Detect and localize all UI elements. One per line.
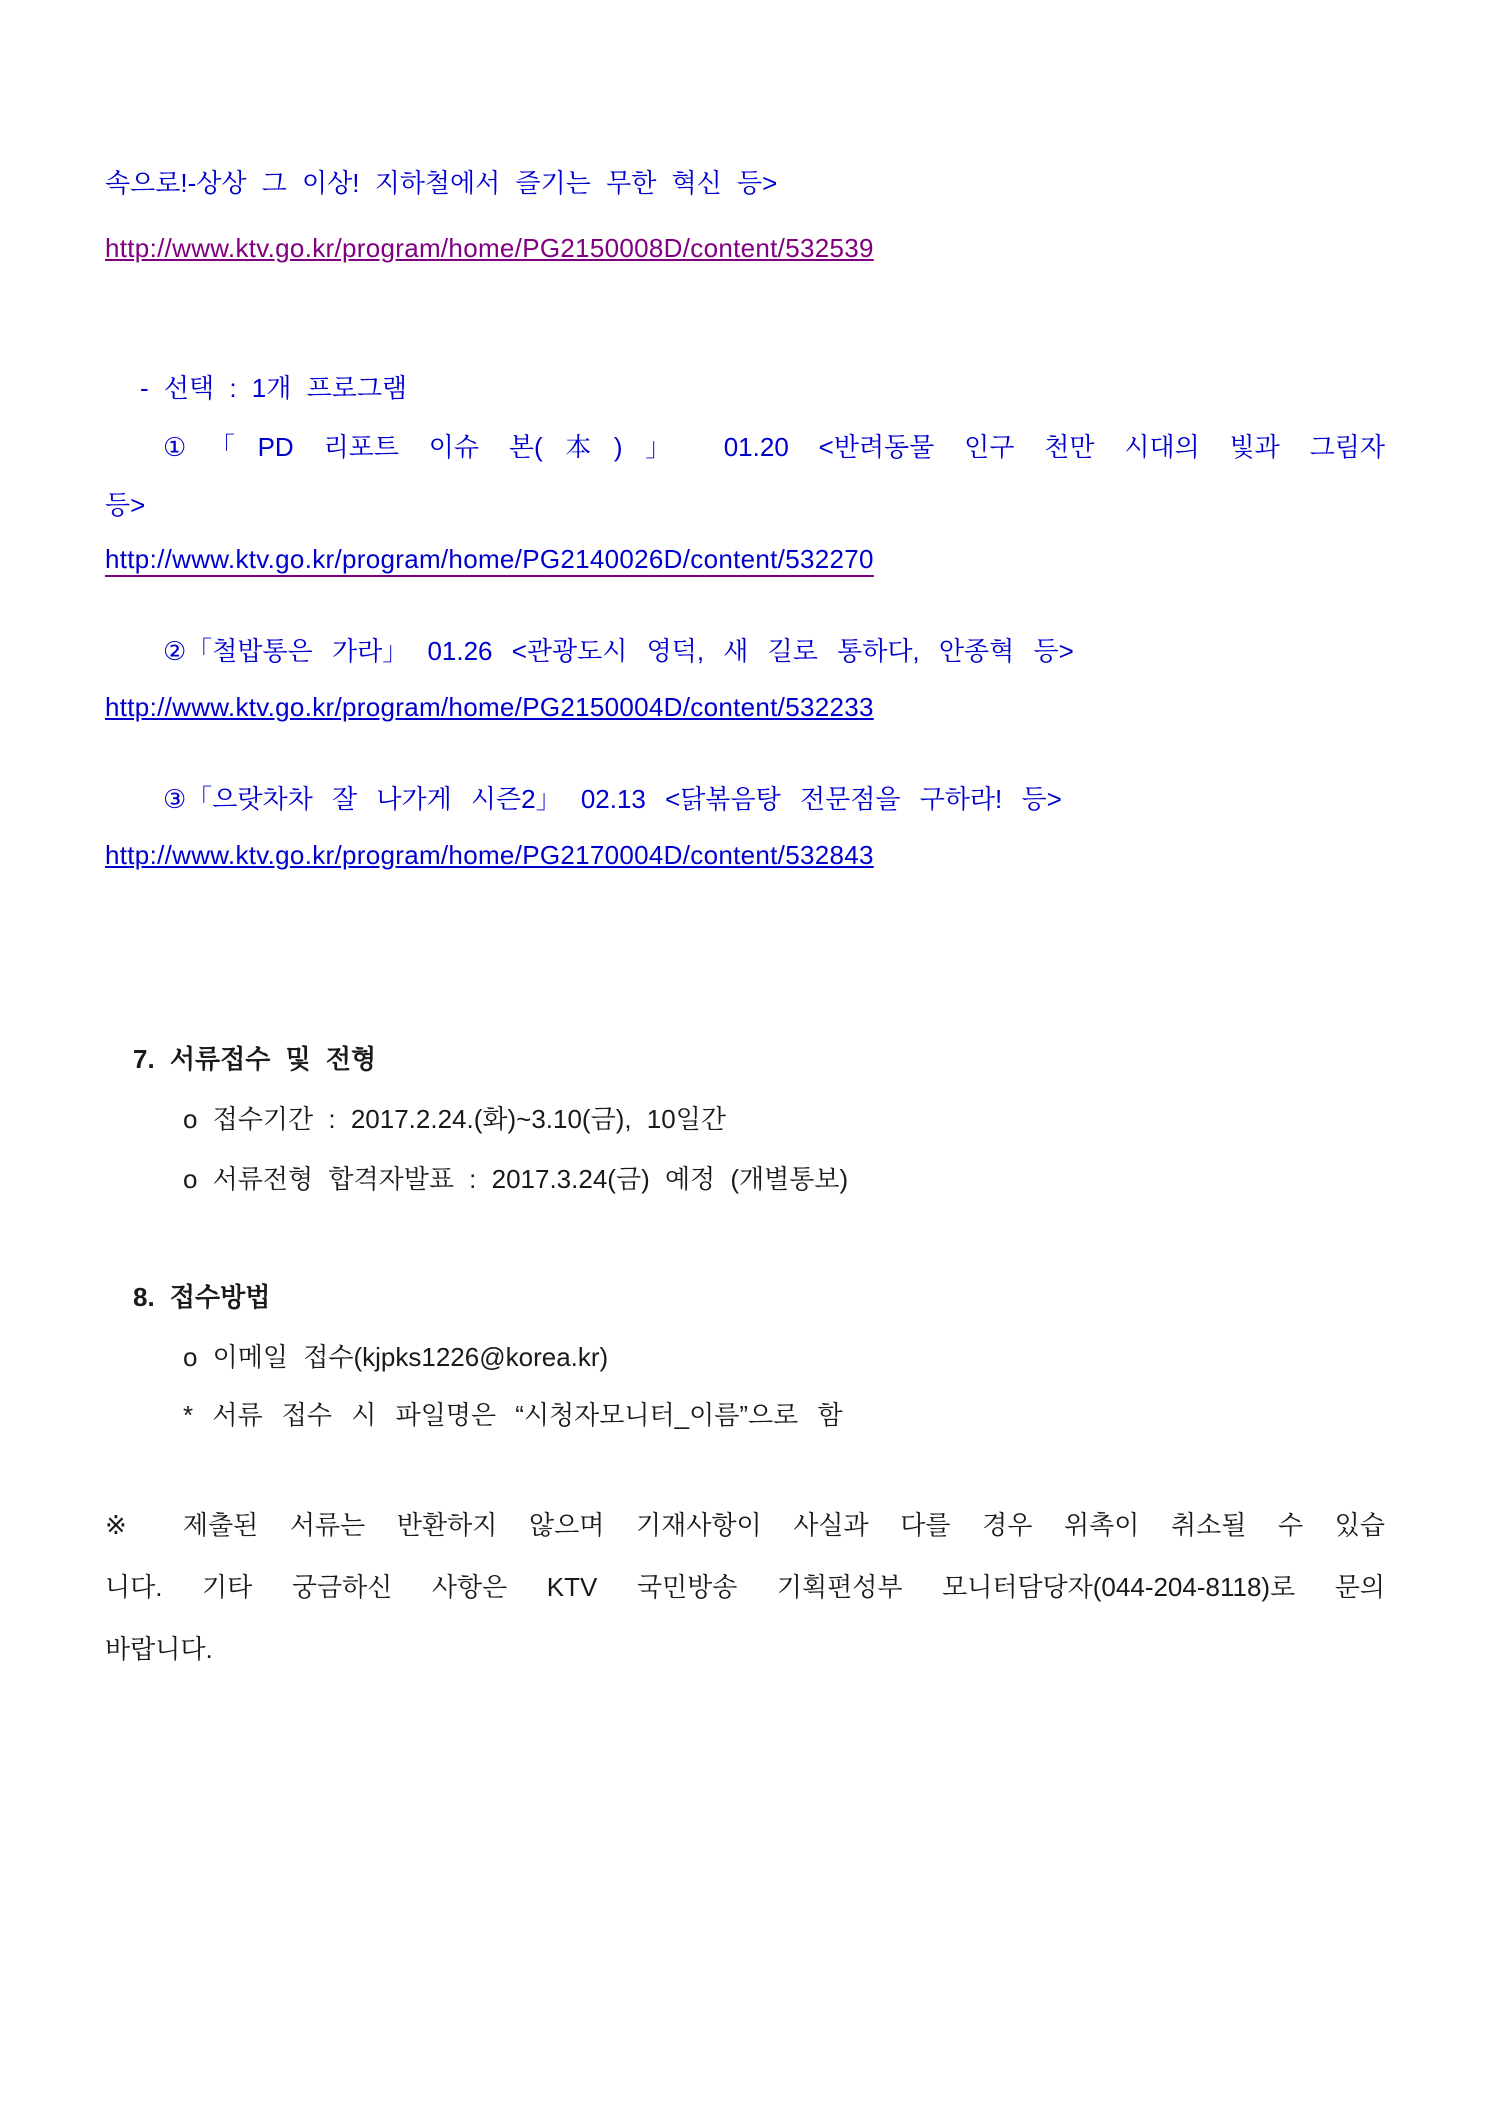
notice-line-2: 니다. 기타 궁금하신 사항은 KTV 국민방송 기획편성부 모니터담당자(04…: [105, 1570, 1385, 1604]
document-page: 속으로!-상상 그 이상! 지하철에서 즐기는 무한 혁신 등> http://…: [0, 0, 1488, 2105]
program-3-title: ③「으랏차차 잘 나가게 시즌2」 02.13 <닭볶음탕 전문점을 구하라! …: [163, 782, 1443, 816]
selection-heading: - 선택 : 1개 프로그램: [140, 371, 1420, 405]
section-7-item-result-announcement: o 서류전형 합격자발표 : 2017.3.24(금) 예정 (개별통보): [183, 1162, 1463, 1196]
program-3-url-link[interactable]: http://www.ktv.go.kr/program/home/PG2170…: [105, 840, 874, 870]
intro-url-link[interactable]: http://www.ktv.go.kr/program/home/PG2150…: [105, 233, 874, 263]
section-8-item-filename-note: * 서류 접수 시 파일명은 “시청자모니터_이름”으로 함: [183, 1398, 1463, 1432]
section-8-item-email: o 이메일 접수(kjpks1226@korea.kr): [183, 1340, 1463, 1374]
notice-line-3: 바랍니다.: [105, 1632, 1385, 1666]
program-1-url-link[interactable]: http://www.ktv.go.kr/program/home/PG2140…: [105, 544, 874, 577]
section-7-item-reception-period: o 접수기간 : 2017.2.24.(화)~3.10(금), 10일간: [183, 1102, 1463, 1136]
program-2-title: ②「철밥통은 가라」 01.26 <관광도시 영덕, 새 길로 통하다, 안종혁…: [163, 634, 1443, 668]
program-1-title-cont: 등>: [105, 488, 1385, 522]
notice-line-1: ※ 제출된 서류는 반환하지 않으며 기재사항이 사실과 다를 경우 위촉이 취…: [105, 1508, 1385, 1542]
section-7-heading: 7. 서류접수 및 전형: [133, 1042, 1413, 1076]
section-8-heading: 8. 접수방법: [133, 1280, 1413, 1314]
program-2-url-link[interactable]: http://www.ktv.go.kr/program/home/PG2150…: [105, 692, 874, 722]
program-1-title: ①「PD 리포트 이슈 본(本)」 01.20 <반려동물 인구 천만 시대의 …: [105, 430, 1385, 464]
intro-tail-text: 속으로!-상상 그 이상! 지하철에서 즐기는 무한 혁신 등>: [105, 166, 1385, 200]
